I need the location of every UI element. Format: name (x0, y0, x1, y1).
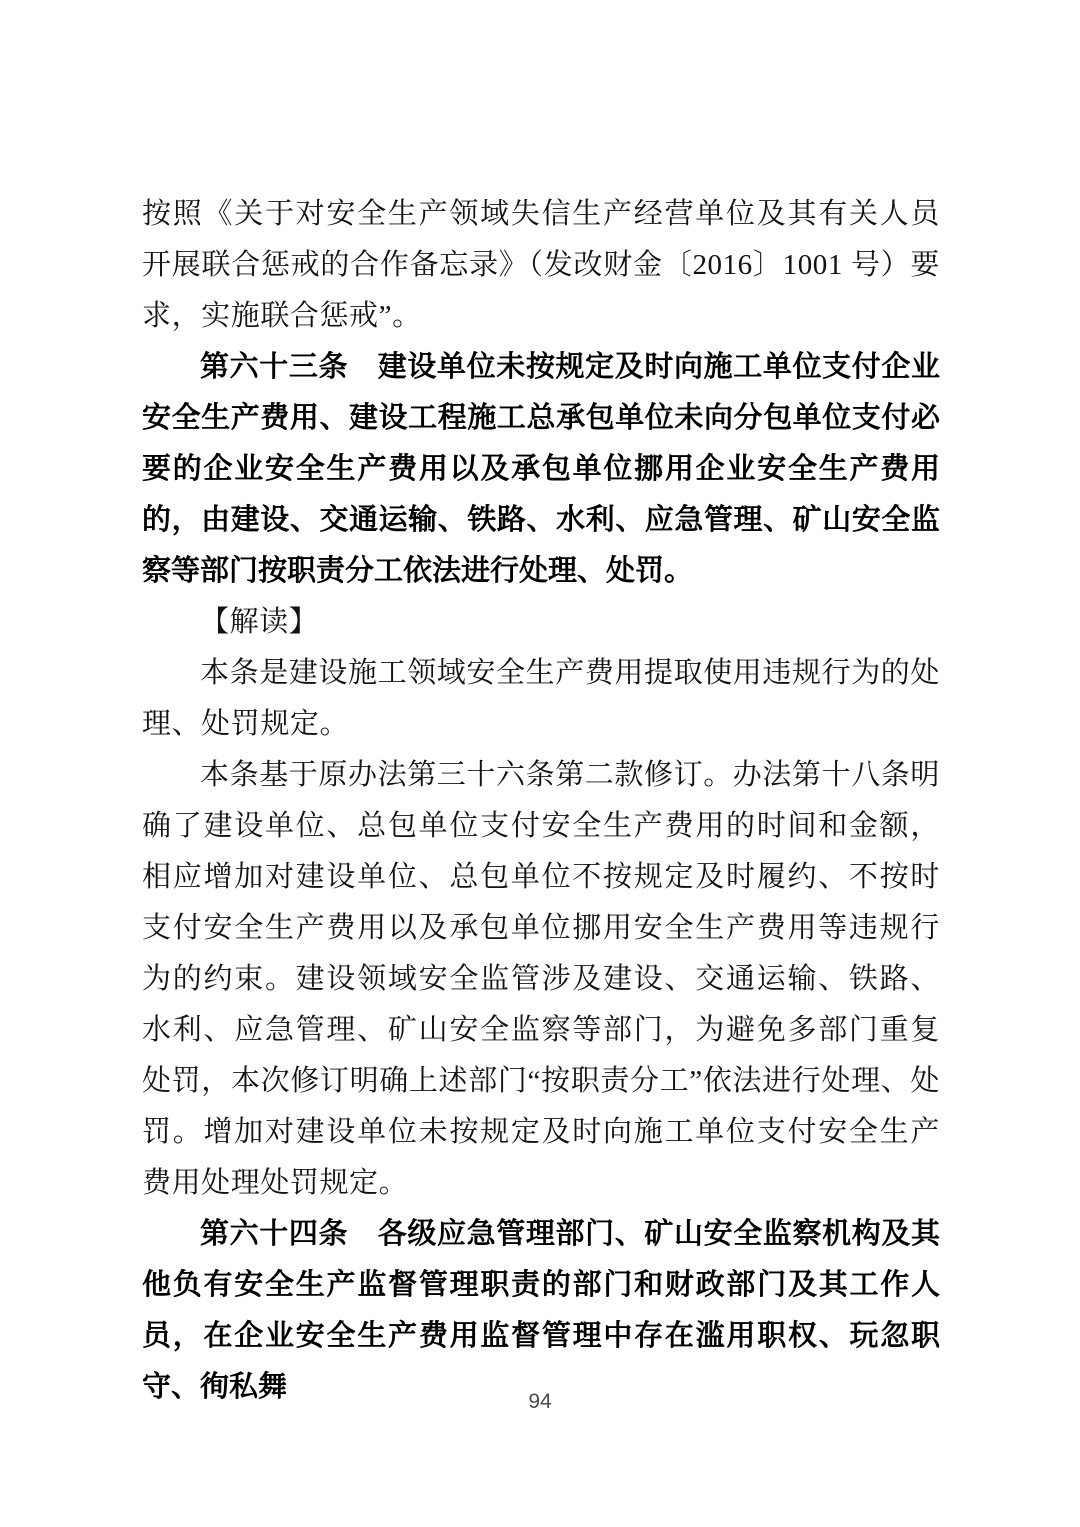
paragraph-interpretation-2: 本条基于原办法第三十六条第二款修订。办法第十八条明确了建设单位、总包单位支付安全… (142, 750, 940, 1209)
paragraph-article-64: 第六十四条 各级应急管理部门、矿山安全监察机构及其他负有安全生产监督管理职责的部… (142, 1209, 940, 1413)
page-content: 按照《关于对安全生产领域失信生产经营单位及其有关人员开展联合惩戒的合作备忘录》（… (142, 189, 940, 1413)
paragraph-article-63: 第六十三条 建设单位未按规定及时向施工单位支付企业安全生产费用、建设工程施工总承… (142, 342, 940, 597)
paragraph-interpretation-label: 【解读】 (142, 597, 940, 648)
page-number: 94 (0, 1390, 1080, 1414)
document-page: 按照《关于对安全生产领域失信生产经营单位及其有关人员开展联合惩戒的合作备忘录》（… (0, 0, 1080, 1527)
paragraph-interpretation-1: 本条是建设施工领域安全生产费用提取使用违规行为的处理、处罚规定。 (142, 648, 940, 750)
paragraph-continuation: 按照《关于对安全生产领域失信生产经营单位及其有关人员开展联合惩戒的合作备忘录》（… (142, 189, 940, 342)
